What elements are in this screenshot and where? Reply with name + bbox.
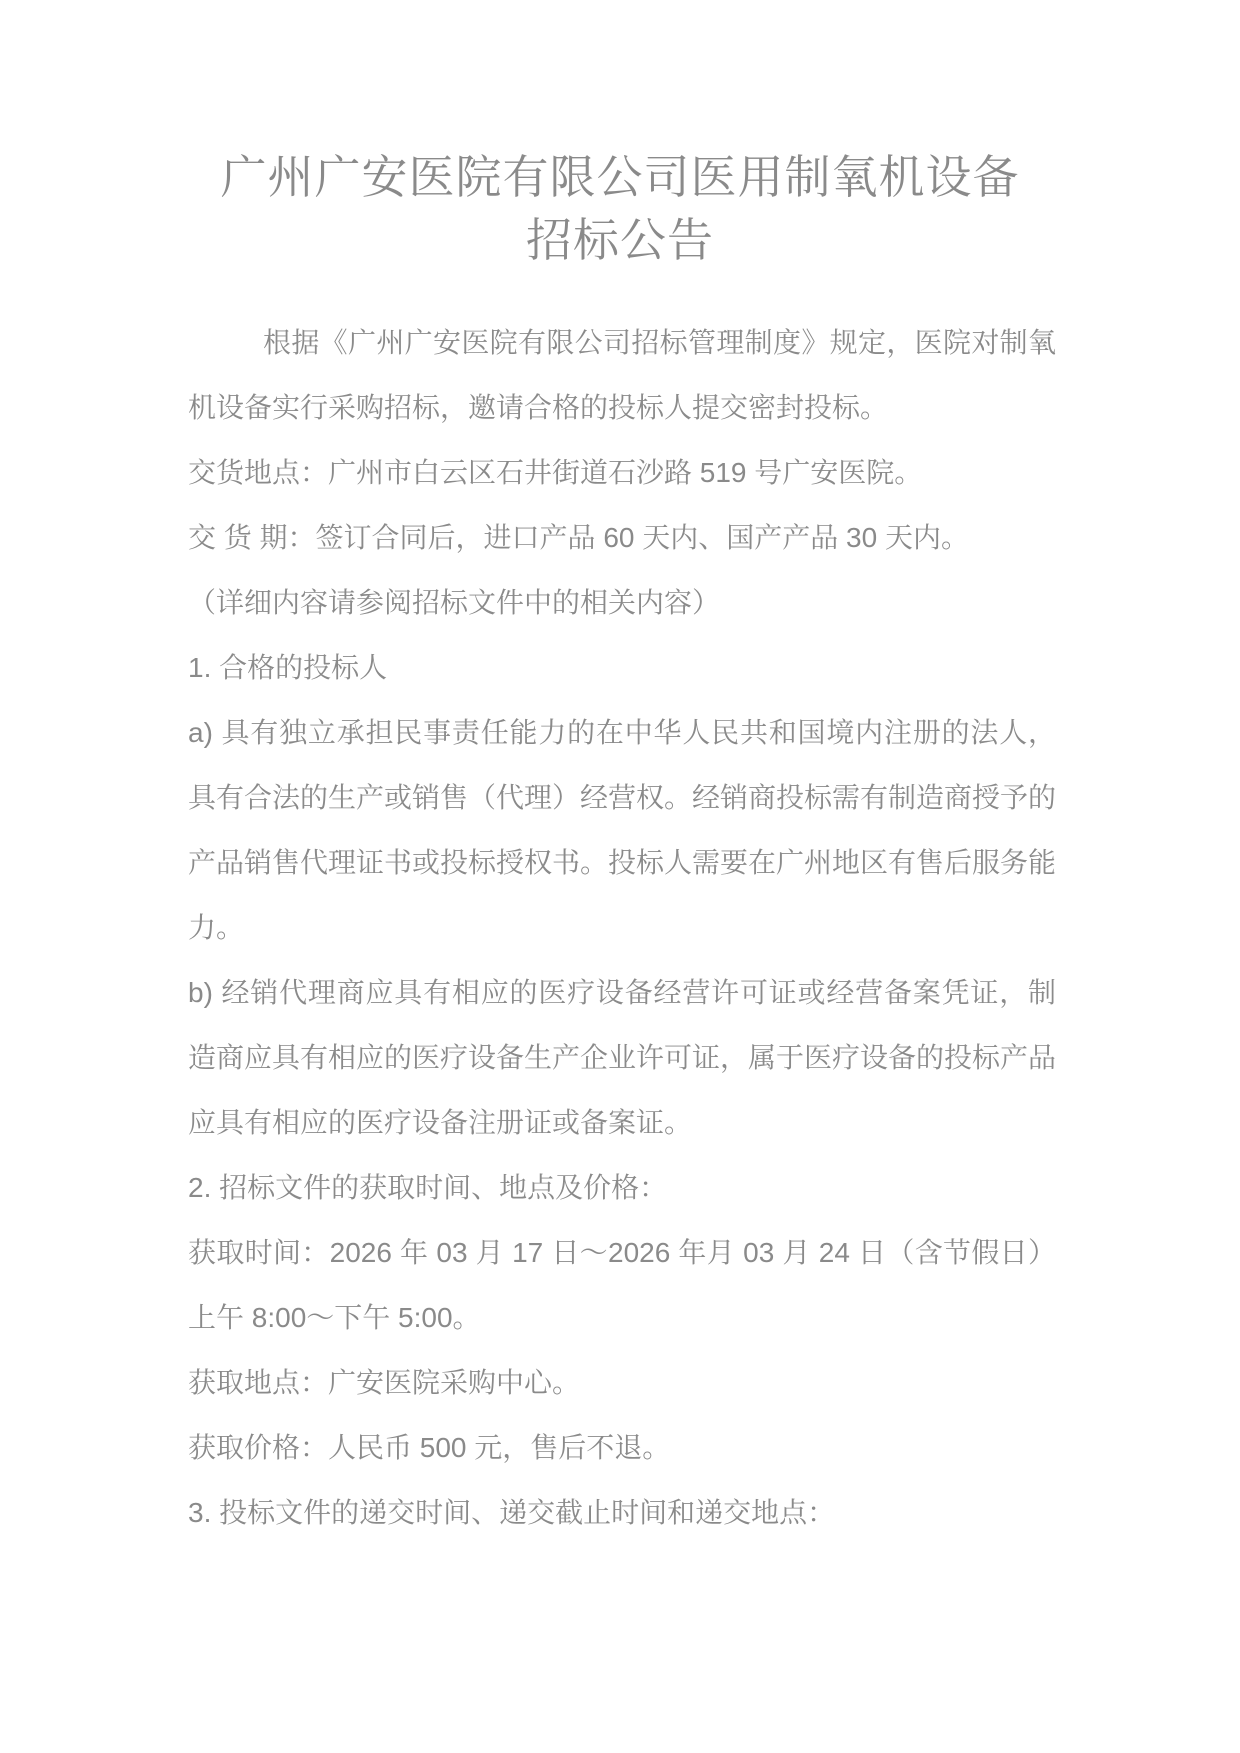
body-line: 具有合法的生产或销售（代理）经营权。经销商投标需有制造商授予的: [188, 765, 1056, 830]
body-line: 1. 合格的投标人: [188, 635, 1056, 700]
body-line: 交货地点：广州市白云区石井街道石沙路 519 号广安医院。: [188, 440, 1056, 505]
body-line: 力。: [188, 895, 1056, 960]
body-line: 机设备实行采购招标，邀请合格的投标人提交密封投标。: [188, 375, 1056, 440]
title-line-2: 招标公告: [188, 209, 1052, 272]
body-line: b) 经销代理商应具有相应的医疗设备经营许可证或经营备案凭证，制: [188, 960, 1056, 1025]
body-line: 应具有相应的医疗设备注册证或备案证。: [188, 1090, 1056, 1155]
body-line: 产品销售代理证书或投标授权书。投标人需要在广州地区有售后服务能: [188, 830, 1056, 895]
document-body: 根据《广州广安医院有限公司招标管理制度》规定，医院对制氧 机设备实行采购招标，邀…: [188, 310, 1056, 1545]
body-line: 上午 8:00～下午 5:00。: [188, 1285, 1056, 1350]
body-line: 根据《广州广安医院有限公司招标管理制度》规定，医院对制氧: [188, 310, 1056, 375]
body-line: 获取时间：2026 年 03 月 17 日～2026 年月 03 月 24 日（…: [188, 1220, 1056, 1285]
body-line: 2. 招标文件的获取时间、地点及价格：: [188, 1155, 1056, 1220]
body-line: 获取价格：人民币 500 元，售后不退。: [188, 1415, 1056, 1480]
body-line: （详细内容请参阅招标文件中的相关内容）: [188, 570, 1056, 635]
body-line: 交 货 期：签订合同后，进口产品 60 天内、国产产品 30 天内。: [188, 505, 1056, 570]
body-line: a) 具有独立承担民事责任能力的在中华人民共和国境内注册的法人，: [188, 700, 1056, 765]
body-line: 获取地点：广安医院采购中心。: [188, 1350, 1056, 1415]
document-title: 广州广安医院有限公司医用制氧机设备 招标公告: [188, 146, 1052, 272]
document-page: 广州广安医院有限公司医用制氧机设备 招标公告 根据《广州广安医院有限公司招标管理…: [0, 0, 1240, 1753]
body-line: 造商应具有相应的医疗设备生产企业许可证，属于医疗设备的投标产品: [188, 1025, 1056, 1090]
title-line-1: 广州广安医院有限公司医用制氧机设备: [188, 146, 1052, 209]
body-line: 3. 投标文件的递交时间、递交截止时间和递交地点：: [188, 1480, 1056, 1545]
